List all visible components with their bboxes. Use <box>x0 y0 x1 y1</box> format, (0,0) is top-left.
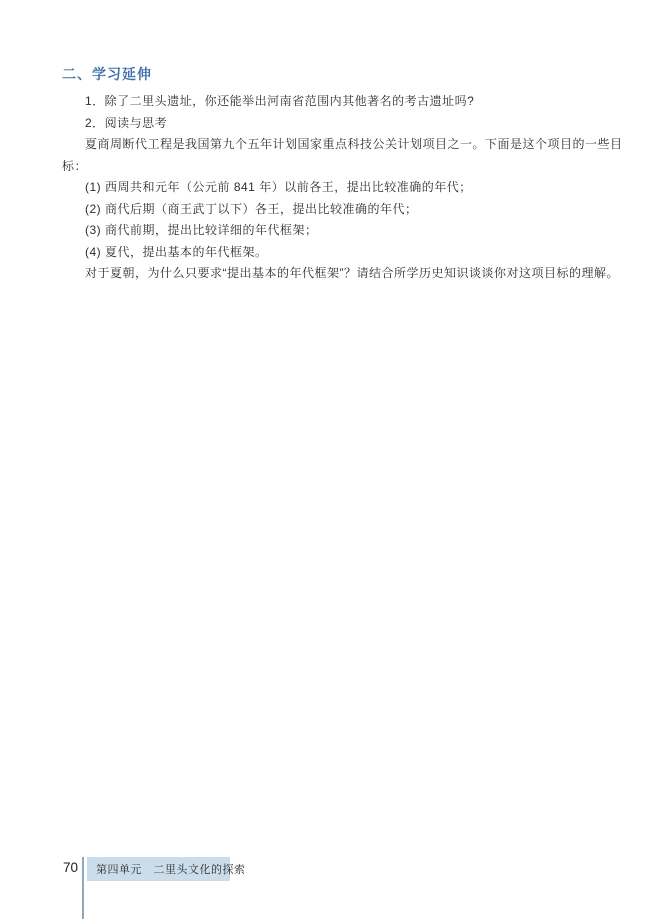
unit-title-bar: 第四单元 二里头文化的探索 <box>87 857 230 881</box>
unit-title: 第四单元 二里头文化的探索 <box>87 861 246 877</box>
closing-question: 对于夏朝，为什么只要求“提出基本的年代框架”？请结合所学历史知识谈谈你对这项目标… <box>62 263 590 285</box>
paragraph-line-1: 夏商周断代工程是我国第九个五年计划国家重点科技公关计划项目之一。下面是这个项目的… <box>62 134 590 156</box>
question-item-1: 1．除了二里头遗址，你还能举出河南省范围内其他著名的考古遗址吗? <box>62 91 590 113</box>
content-area: 二、学习延伸 1．除了二里头遗址，你还能举出河南省范围内其他著名的考古遗址吗? … <box>62 64 590 285</box>
page-number: 70 <box>56 860 78 875</box>
goal-item-3: (3) 商代前期，提出比较详细的年代框架； <box>62 220 590 242</box>
question-item-2: 2．阅读与思考 <box>62 113 590 135</box>
paragraph-line-2: 标： <box>62 156 590 178</box>
textbook-page: 二、学习延伸 1．除了二里头遗址，你还能举出河南省范围内其他著名的考古遗址吗? … <box>0 0 650 919</box>
goal-item-1: (1) 西周共和元年（公元前 841 年）以前各王，提出比较准确的年代； <box>62 177 590 199</box>
goal-item-4: (4) 夏代，提出基本的年代框架。 <box>62 242 590 264</box>
goal-item-2: (2) 商代后期（商王武丁以下）各王，提出比较准确的年代； <box>62 199 590 221</box>
footer-rule <box>82 857 84 919</box>
section-heading: 二、学习延伸 <box>62 64 590 84</box>
